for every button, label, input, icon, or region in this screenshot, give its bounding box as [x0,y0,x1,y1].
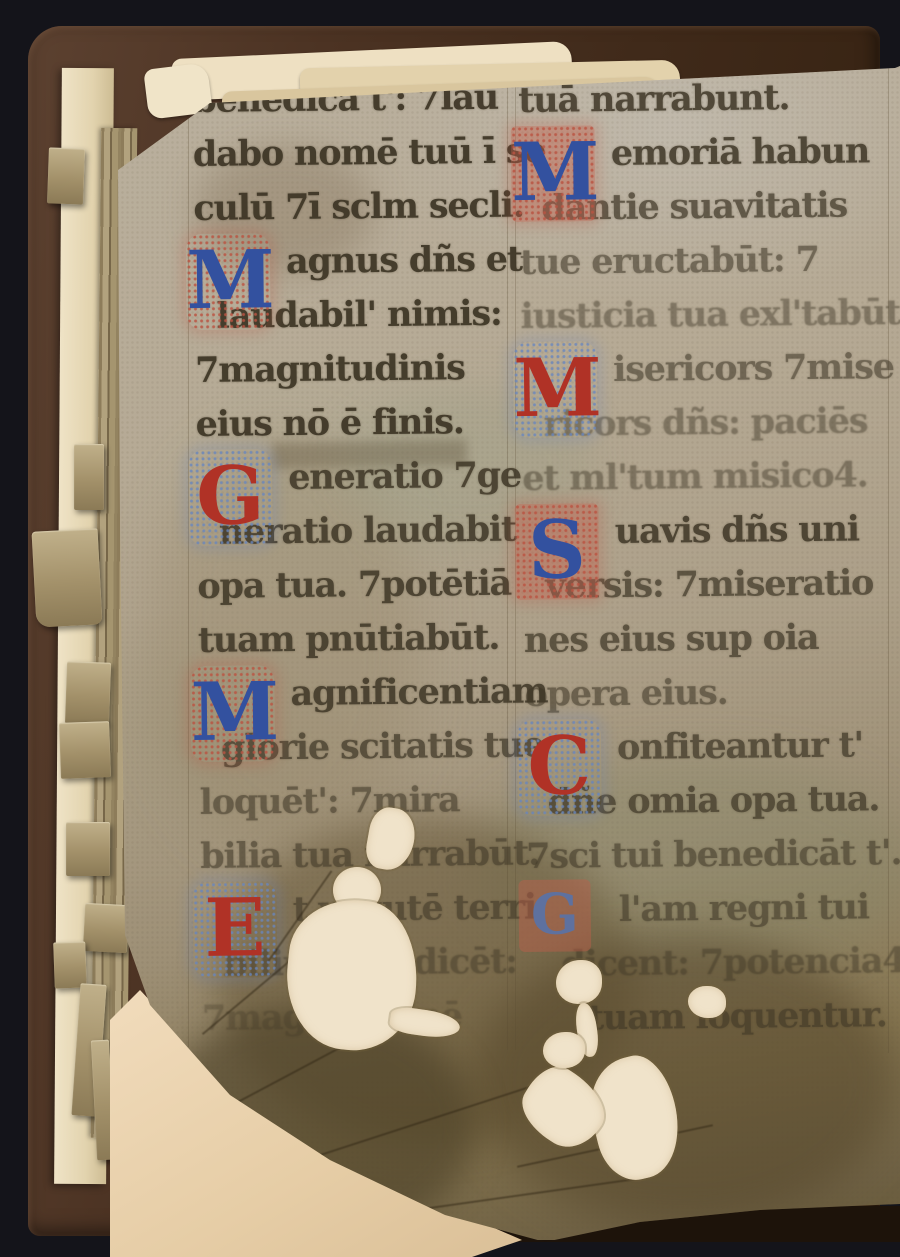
text-line: Suavis dñs uni [523,502,896,560]
text-line: tue eructabūt: 7 [520,232,893,290]
line-text: iusticia tua exl'tabūt [520,286,893,344]
line-text: culū 7ī sclm secli. [193,179,510,236]
fore-edge-tab [66,822,110,876]
line-text: tuam pnūtiabūt. [198,611,515,668]
line-text: 7magnitudinis [195,341,512,398]
line-text: tue eructabūt: 7 [520,232,893,290]
line-text: et ml'tum misico4. [522,448,895,506]
illuminated-initial-M: M [190,665,275,762]
fore-edge-tab [65,661,111,724]
illuminated-initial-E: E [192,881,277,978]
text-line: Magnificentiam [198,665,515,722]
fore-edge-tab [83,903,129,953]
text-line: et ml'tum misico4. [522,448,895,506]
fore-edge-tab [59,721,111,779]
text-line: Memoriā habun [519,124,892,182]
illuminated-initial-C: C [517,719,602,816]
fore-edge-tab [32,528,103,627]
text-line: opera eius. [524,664,897,722]
line-text: eius nō ē finis. [195,395,512,452]
text-line: Generatio 7ge [196,449,513,506]
fore-edge-tab [53,941,87,988]
text-line: 7sci tui benedicāt t'. [526,826,899,884]
parchment-hole [556,960,602,1004]
illuminated-initial-M: M [513,341,598,438]
illuminated-initial-M: M [186,233,271,330]
parchment-hole [688,986,726,1018]
illuminated-initial-G: G [188,449,273,546]
text-line: Confiteantur t' [525,718,898,776]
text-line: Magnus dñs et [194,233,511,290]
line-text: loquēt': 7mira [199,773,516,830]
manuscript-page: benedicā t': 7lau dabo nomē tuū ī se cul… [95,55,900,1240]
illuminated-initial-S: S [515,503,600,600]
text-line: 7magnitudinis [195,341,512,398]
text-line: dabo nomē tuū ī se [193,125,510,182]
ruling-line [188,67,189,1047]
text-line: culū 7ī sclm secli. [193,179,510,236]
text-line: loquēt': 7mira [199,773,516,830]
illuminated-initial-M: M [511,125,596,222]
text-line: opa tua. 7potētiā [197,557,514,614]
text-line: nes eius sup oia [524,610,897,668]
parchment-hole [543,1032,585,1068]
text-column-right: tuā narrabunt. Memoriā habun dantie suav… [518,70,900,1046]
fore-edge-tab [74,444,104,510]
line-text: nes eius sup oia [524,610,897,668]
text-line: eius nō ē finis. [195,395,512,452]
line-text: 7sci tui benedicāt t'. [526,826,899,884]
text-line: tuam pnūtiabūt. [198,611,515,668]
line-text: opera eius. [524,664,897,722]
text-line: iusticia tua exl'tabūt [520,286,893,344]
line-text: opa tua. 7potētiā [197,557,514,614]
text-line: Misericors 7mise [521,340,894,398]
illuminated-initial-G: G [518,879,591,952]
line-text: dabo nomē tuū ī se [193,125,510,182]
text-line: Gl'am regni tui [526,880,899,938]
fore-edge-tab [47,147,85,204]
